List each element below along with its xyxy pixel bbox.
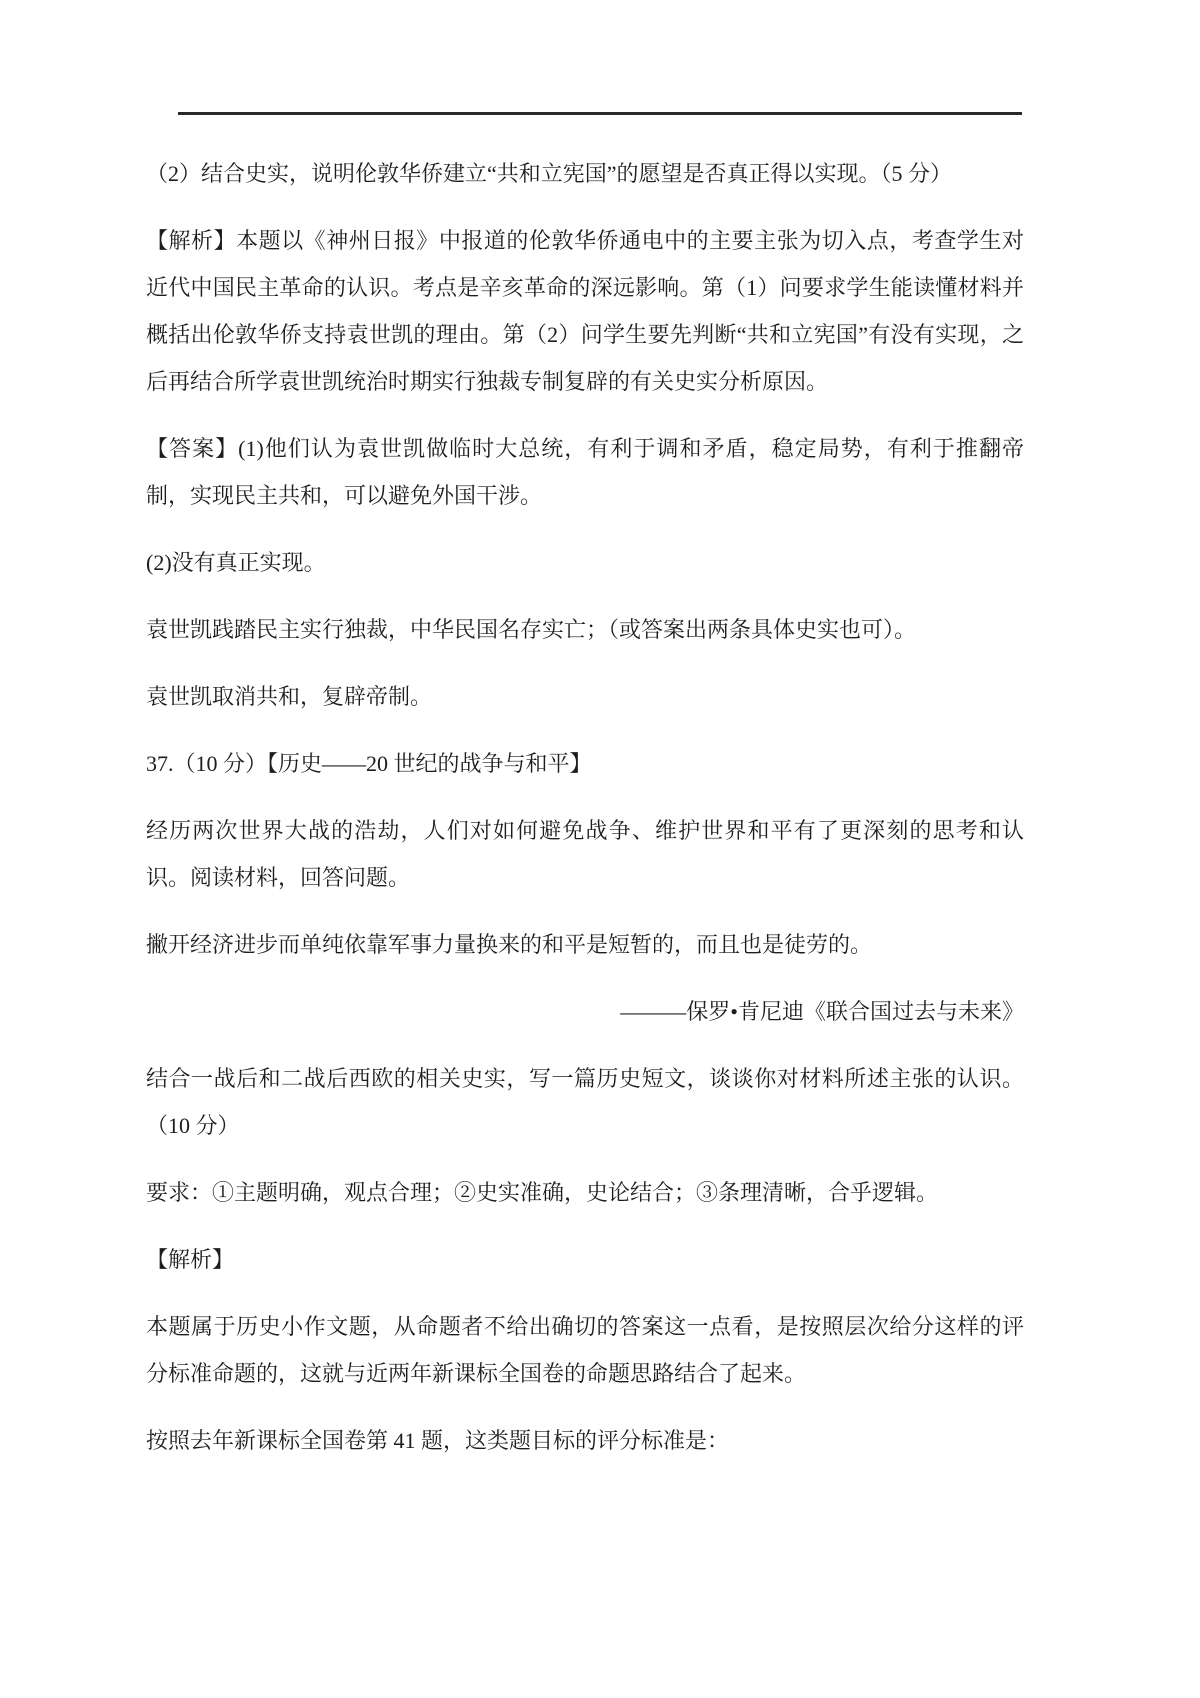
question-37-requirements: 要求：①主题明确，观点合理；②史实准确，史论结合；③条理清晰，合乎逻辑。 — [146, 1169, 1024, 1216]
document-body: （2）结合史实，说明伦敦华侨建立“共和立宪国”的愿望是否真正得以实现。（5 分）… — [146, 150, 1024, 1484]
explanation-q36: 【解析】本题以《神州日报》中报道的伦敦华侨通电中的主要主张为切入点，考查学生对近… — [146, 217, 1024, 405]
question-37-heading: 37.（10 分）【历史——20 世纪的战争与和平】 — [146, 740, 1024, 787]
quote-attribution: ———保罗•肯尼迪《联合国过去与未来》 — [146, 988, 1024, 1035]
question-37-task: 结合一战后和二战后西欧的相关史实，写一篇历史短文，谈谈你对材料所述主张的认识。（… — [146, 1055, 1024, 1149]
question-2-prompt: （2）结合史实，说明伦敦华侨建立“共和立宪国”的愿望是否真正得以实现。（5 分） — [146, 150, 1024, 197]
answer-part-2: (2)没有真正实现。 — [146, 539, 1024, 586]
header-divider-rule — [178, 112, 1022, 115]
question-37-intro: 经历两次世界大战的浩劫，人们对如何避免战争、维护世界和平有了更深刻的思考和认识。… — [146, 807, 1024, 901]
explanation-heading: 【解析】 — [146, 1236, 1024, 1283]
answer-part-2-detail-2: 袁世凯取消共和，复辟帝制。 — [146, 673, 1024, 720]
answer-part-2-detail-1: 袁世凯践踏民主实行独裁，中华民国名存实亡；（或答案出两条具体史实也可）。 — [146, 606, 1024, 653]
document-page: （2）结合史实，说明伦敦华侨建立“共和立宪国”的愿望是否真正得以实现。（5 分）… — [0, 0, 1200, 1698]
grading-standard-intro: 按照去年新课标全国卷第 41 题，这类题目标的评分标准是： — [146, 1417, 1024, 1464]
quote-material: 撇开经济进步而单纯依靠军事力量换来的和平是短暂的，而且也是徒劳的。 — [146, 921, 1024, 968]
answer-part-1: 【答案】(1)他们认为袁世凯做临时大总统，有利于调和矛盾，稳定局势，有利于推翻帝… — [146, 425, 1024, 519]
explanation-q37-body: 本题属于历史小作文题，从命题者不给出确切的答案这一点看，是按照层次给分这样的评分… — [146, 1303, 1024, 1397]
